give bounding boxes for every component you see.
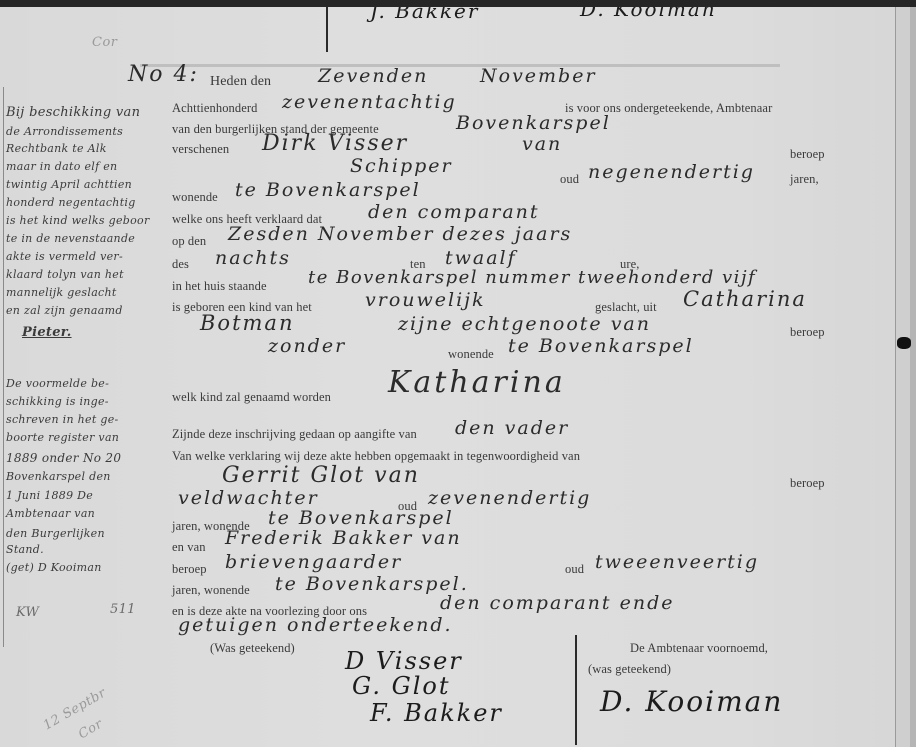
signature-visser: D Visser [345,647,463,675]
hw-witness1-age: zevenendertig [428,487,591,509]
prev-signature-kooiman: D. Kooiman [580,7,717,21]
signature-kooiman: D. Kooiman [600,685,783,718]
hw-mother-first: Catharina [683,287,807,311]
hw-witness1-name: Gerrit Glot van [222,463,420,488]
hw-declarant-suffix: van [522,133,562,155]
hw-mother-residence: te Bovenkarspel [508,335,694,357]
margin-note-line: schreven in het ge- [6,413,119,426]
faint-bottom-note-2: Cor [76,717,106,743]
margin-note-line: maar in dato elf en [6,160,117,173]
label-van-welke: Van welke verklaring wij deze akte hebbe… [172,449,580,464]
hw-day: Zevenden [318,65,428,87]
hw-municipality: Bovenkarspel [456,112,611,134]
label-wonende-1: wonende [172,190,218,205]
margin-note-line: honderd negentachtig [6,196,136,209]
hw-declarant-age: negenendertig [588,161,755,183]
left-margin-rule [3,87,4,647]
hw-birth-date: Zesden November dezes jaars [228,223,572,245]
margin-note-line: De voormelde be- [6,377,109,390]
hw-witness1-residence: te Bovenkarspel [268,507,454,529]
label-was-geteekend-left: (Was geteekend) [210,641,295,656]
label-verschenen: verschenen [172,142,229,157]
margin-note-signature: (get) D Kooiman [6,561,102,574]
label-oud-3: oud [565,562,584,577]
margin-note-line: Rechtbank te Alk [6,142,107,155]
margin-note-line: de Arrondissements [6,125,123,138]
margin-note-line: Bovenkarspel den [6,470,111,483]
margin-note-line: Ambtenaar van [6,507,95,520]
hw-declared-that: den comparant [368,201,540,223]
register-page: J. Bakker D. Kooiman Cor No 4: Heden den… [0,7,916,747]
record-number: No 4: [128,62,199,87]
hw-sex: vrouwelijk [365,289,486,311]
hw-year: zevenentachtig [282,91,457,113]
hw-signed-by: den comparant ende [440,592,674,614]
margin-note-line: 1 Juni 1889 De [6,489,93,502]
margin-note-line: Stand. [6,543,44,556]
margin-note-line: en zal zijn genaamd [6,304,123,317]
margin-initials-number: 511 [110,602,136,617]
hw-signed-by-2: getuigen onderteekend. [178,614,453,636]
label-oud-1: oud [560,172,579,187]
hw-witness1-occupation: veldwachter [178,487,319,509]
hw-witness2-name: Frederik Bakker van [225,527,462,549]
margin-note-line: te in de nevenstaande [6,232,135,245]
hw-mother-relation: zijne echtgenoote van [398,313,651,335]
signature-glot: G. Glot [352,672,451,700]
label-heden-den: Heden den [210,74,271,90]
label-des: des [172,257,189,272]
hw-witness2-age: tweeenveertig [595,551,759,573]
prev-signature-bakker: J. Bakker [370,7,479,23]
margin-note-line: klaard tolyn van het [6,268,124,281]
signature-brace [575,635,577,745]
margin-initials: KW [16,605,39,620]
label-wonende-2: wonende [448,347,494,362]
signature-bakker: F. Bakker [370,699,503,727]
faint-top-note: Cor [92,35,118,50]
header-rule [140,64,780,67]
hw-hour: twaalf [445,247,517,269]
label-beroep-2: beroep [790,325,825,340]
label-was-geteekend-right: (was geteekend) [588,662,671,677]
hw-declarant-name: Dirk Visser [262,131,408,156]
window-top-bar [0,0,916,7]
hw-mother-last: Botman [200,311,294,335]
label-zijnde: Zijnde deze inschrijving gedaan op aangi… [172,427,417,442]
label-de-ambtenaar: De Ambtenaar voornoemd, [630,641,768,656]
margin-note-line: Bij beschikking van [6,105,140,120]
label-op-den: op den [172,234,206,249]
label-jaren-1: jaren, [790,172,819,187]
hw-month: November [480,65,597,87]
hw-child-name: Katharina [388,365,566,400]
margin-note-line: den Burgerlijken [6,527,105,540]
margin-note-name: Pieter. [22,325,72,340]
margin-note-line: schikking is inge- [6,395,109,408]
hw-informant: den vader [455,417,569,439]
hw-declarant-residence: te Bovenkarspel [235,179,421,201]
label-in-het-huis: in het huis staande [172,279,267,294]
label-achttienhonderd: Achttienhonderd [172,101,258,116]
margin-note-line: is het kind welks geboor [6,214,150,227]
label-beroep-3: beroep [790,476,825,491]
label-jaren-wonende-2: jaren, wonende [172,583,250,598]
hw-time-of-day: nachts [215,247,291,269]
margin-note-line: akte is vermeld ver- [6,250,123,263]
ink-blot [897,337,911,349]
hw-declarant-occupation: Schipper [350,155,453,177]
margin-note-line: 1889 onder No 20 [6,451,121,465]
prev-signature-brace [326,7,328,52]
margin-note-line: mannelijk geslacht [6,286,117,299]
hw-birth-house: te Bovenkarspel nummer tweehonderd vijf [308,267,756,288]
page-binding-shadow [910,7,916,747]
label-welk-kind: welk kind zal genaamd worden [172,390,331,405]
margin-note-line: boorte register van [6,431,119,444]
margin-note-line: twintig April achttien [6,178,132,191]
hw-witness2-occupation: brievengaarder [225,551,402,573]
label-beroep-4: beroep [172,562,207,577]
label-en-van: en van [172,540,206,555]
label-beroep-1: beroep [790,147,825,162]
hw-mother-occupation: zonder [268,335,346,357]
